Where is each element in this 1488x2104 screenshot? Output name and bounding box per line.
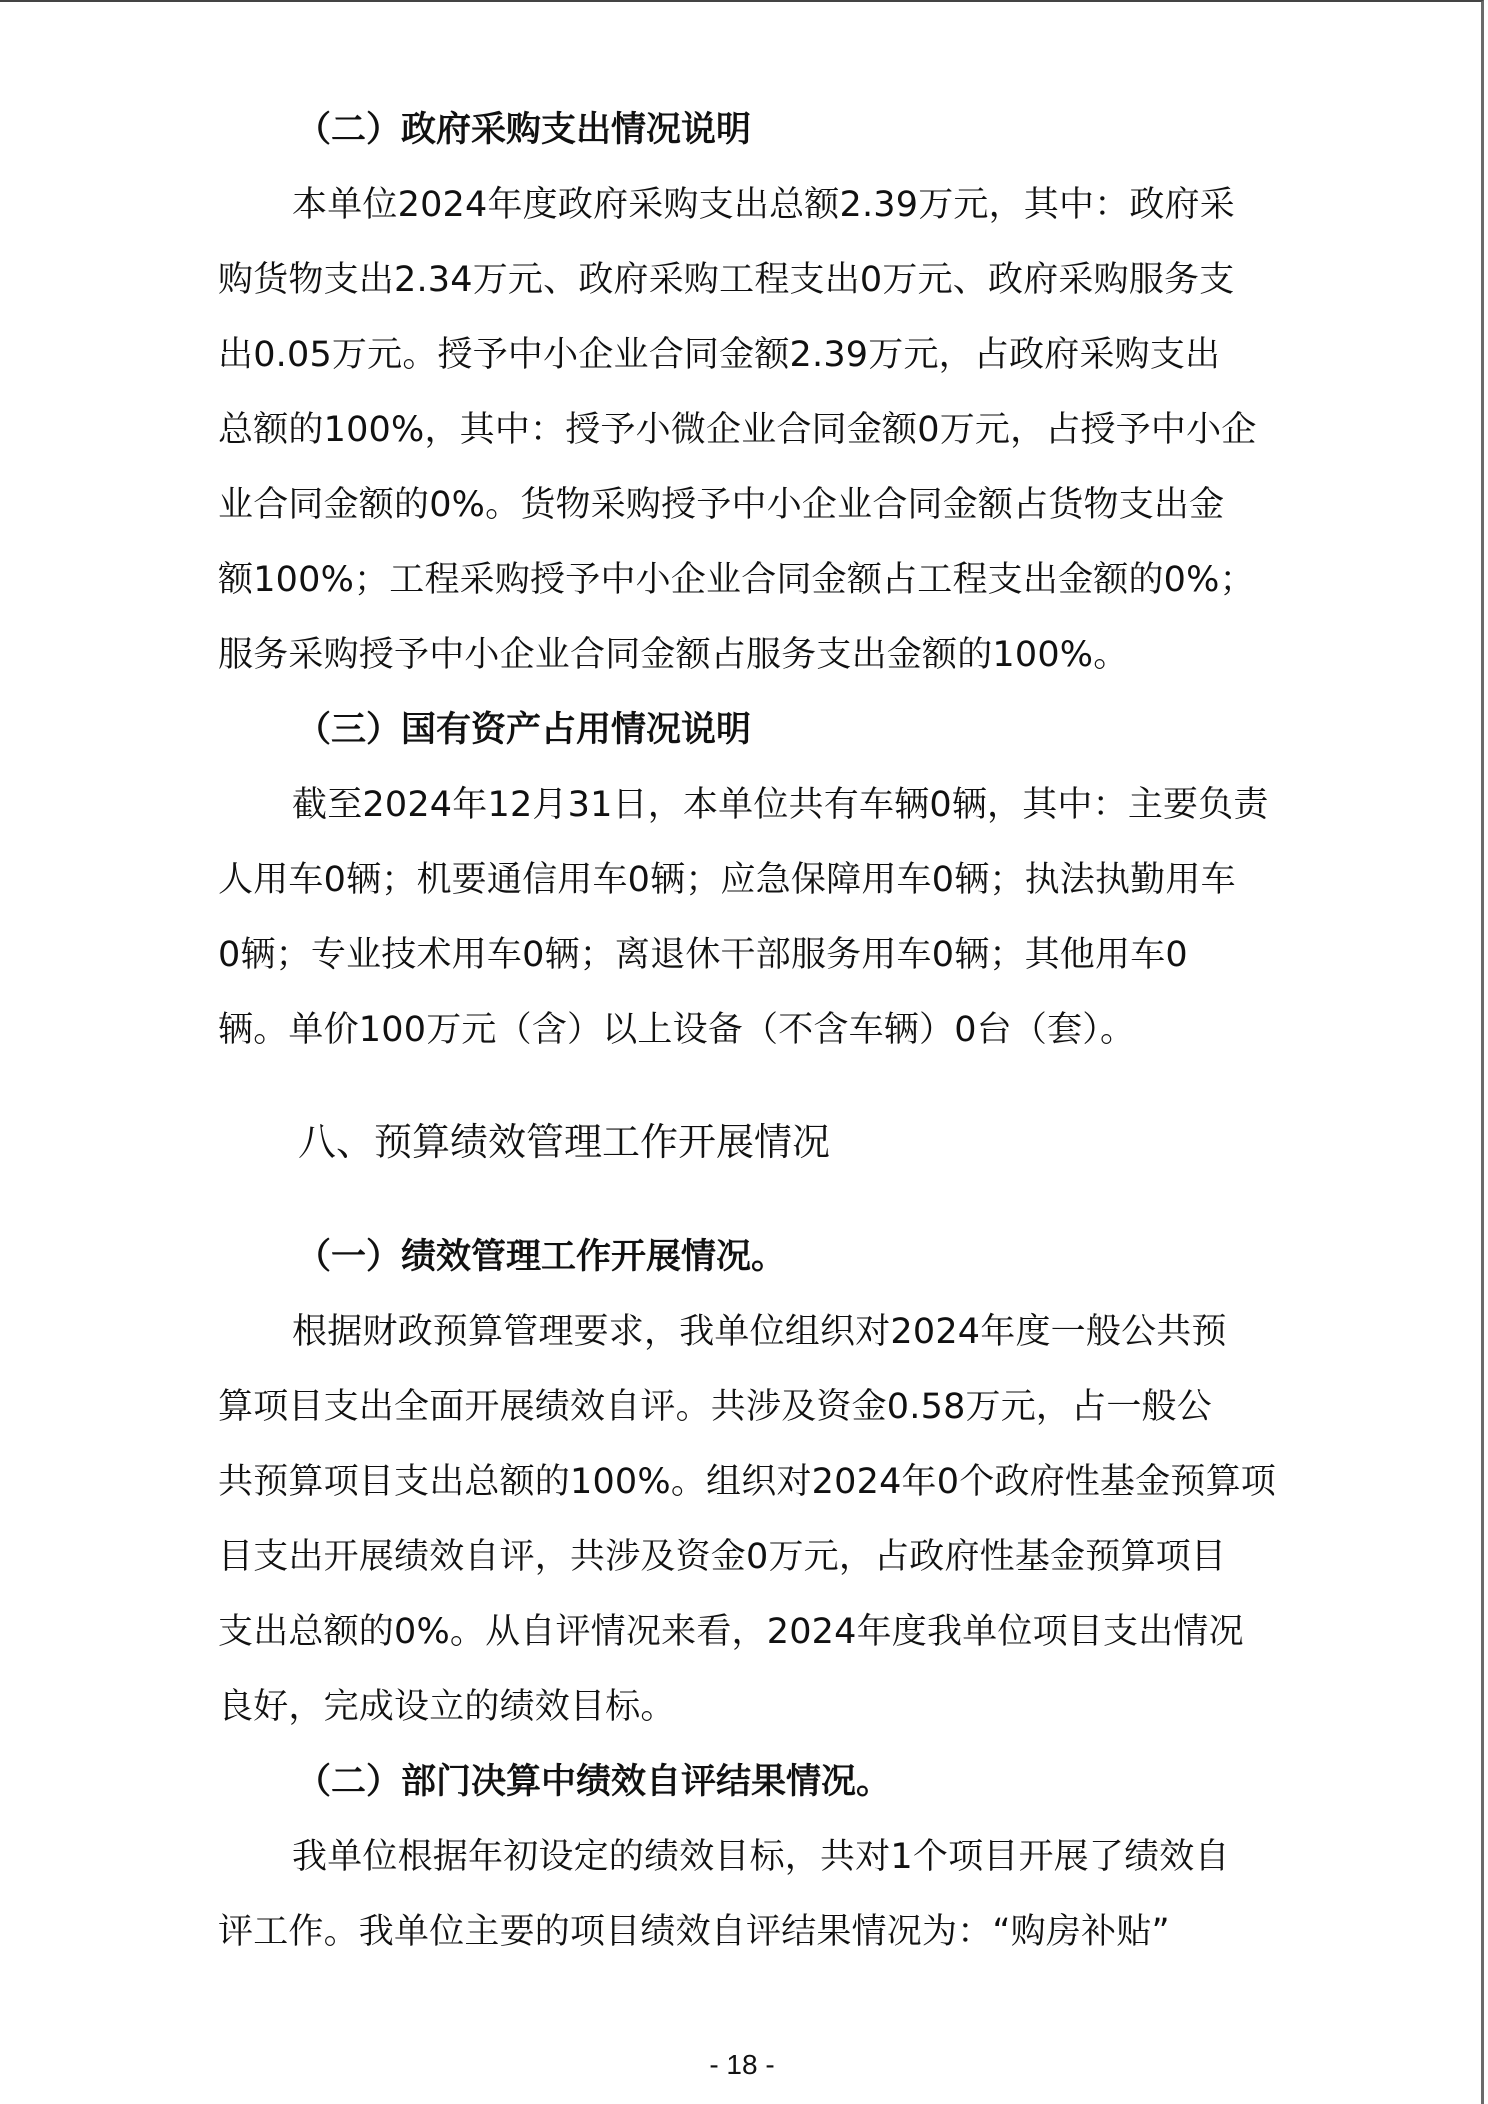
paragraph-line: 根据财政预算管理要求，我单位组织对2024年度一般公共预	[292, 1310, 1288, 1354]
section-heading-self-evaluation: （二）部门决算中绩效自评结果情况。	[296, 1760, 891, 1804]
paragraph-line: 0辆；专业技术用车0辆；离退休干部服务用车0辆；其他用车0	[218, 933, 1288, 977]
paragraph-line: 出0.05万元。授予中小企业合同金额2.39万元，占政府采购支出	[218, 333, 1288, 377]
paragraph-line: 购货物支出2.34万元、政府采购工程支出0万元、政府采购服务支	[218, 258, 1288, 302]
paragraph-line: 人用车0辆；机要通信用车0辆；应急保障用车0辆；执法执勤用车	[218, 858, 1288, 902]
chapter-heading-8: 八、预算绩效管理工作开展情况	[298, 1118, 830, 1166]
paragraph-line: 支出总额的0%。从自评情况来看，2024年度我单位项目支出情况	[218, 1610, 1288, 1654]
paragraph-line: 辆。单价100万元（含）以上设备（不含车辆）0台（套）。	[218, 1008, 1288, 1052]
paragraph-line: 截至2024年12月31日，本单位共有车辆0辆，其中：主要负责	[292, 783, 1288, 827]
paragraph-line: 算项目支出全面开展绩效自评。共涉及资金0.58万元，占一般公	[218, 1385, 1288, 1429]
paragraph-line: 目支出开展绩效自评，共涉及资金0万元，占政府性基金预算项目	[218, 1535, 1288, 1579]
paragraph-line: 良好，完成设立的绩效目标。	[218, 1685, 1288, 1729]
section-heading-performance-work: （一）绩效管理工作开展情况。	[296, 1235, 786, 1279]
section-heading-state-assets: （三）国有资产占用情况说明	[296, 708, 751, 752]
document-page: （二）政府采购支出情况说明 本单位2024年度政府采购支出总额2.39万元，其中…	[0, 0, 1484, 2104]
paragraph-line: 总额的100%，其中：授予小微企业合同金额0万元，占授予中小企	[218, 408, 1288, 452]
paragraph-line: 共预算项目支出总额的100%。组织对2024年0个政府性基金预算项	[218, 1460, 1288, 1504]
paragraph-line: 服务采购授予中小企业合同金额占服务支出金额的100%。	[218, 633, 1288, 677]
section-heading-procurement: （二）政府采购支出情况说明	[296, 108, 751, 152]
page-number: - 18 -	[0, 2048, 1484, 2082]
paragraph-line: 我单位根据年初设定的绩效目标，共对1个项目开展了绩效自	[292, 1835, 1288, 1879]
paragraph-line: 业合同金额的0%。货物采购授予中小企业合同金额占货物支出金	[218, 483, 1288, 527]
paragraph-line: 本单位2024年度政府采购支出总额2.39万元，其中：政府采	[292, 183, 1288, 227]
paragraph-line: 评工作。我单位主要的项目绩效自评结果情况为：“购房补贴”	[218, 1910, 1288, 1954]
paragraph-line: 额100%；工程采购授予中小企业合同金额占工程支出金额的0%；	[218, 558, 1288, 602]
